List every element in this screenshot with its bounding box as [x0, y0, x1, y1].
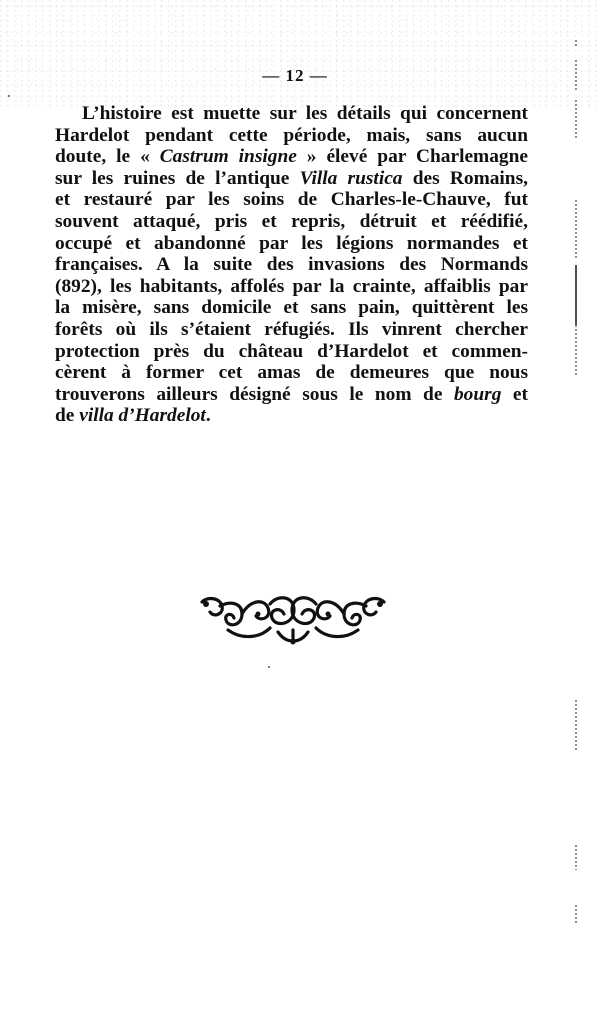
text-segment: protection près du château d’Hardelot et…	[55, 341, 528, 362]
scan-edge-mark	[575, 700, 577, 750]
text-segment: sur les ruines de l’antique	[55, 168, 300, 189]
scan-noise-top	[0, 0, 600, 110]
scan-edge-mark	[575, 100, 577, 140]
text-line: protection près du château d’Hardelot et…	[55, 341, 528, 363]
text-segment: occupé et abandonné par les légions norm…	[55, 233, 528, 254]
text-line: doute, le « Castrum insigne » élevé par …	[55, 146, 528, 168]
paragraph: L’histoire est muette sur les détails qu…	[55, 103, 528, 427]
scan-edge-mark	[575, 40, 577, 48]
text-line: sur les ruines de l’antique Villa rustic…	[55, 168, 528, 190]
italic-phrase: bourg	[454, 384, 501, 405]
text-segment: trouverons ailleurs désigné sous le nom …	[55, 384, 454, 405]
text-line: forêts où ils s’étaient réfugiés. Ils vi…	[55, 319, 528, 341]
text-line: françaises. A la suite des invasions des…	[55, 254, 528, 276]
scan-edge-mark	[575, 200, 577, 260]
text-line: trouverons ailleurs désigné sous le nom …	[55, 384, 528, 406]
text-line: souvent attaqué, pris et repris, détruit…	[55, 211, 528, 233]
scan-edge-mark	[575, 265, 577, 325]
text-segment: forêts où ils s’étaient réfugiés. Ils vi…	[55, 319, 528, 340]
text-line: cèrent à former cet amas de demeures que…	[55, 362, 528, 384]
text-segment: cèrent à former cet amas de demeures que…	[55, 362, 528, 383]
text-segment: et restauré par les soins de Charles-le-…	[55, 189, 528, 210]
text-segment: Hardelot pendant cette période, mais, sa…	[55, 125, 528, 146]
scan-edge-mark	[575, 845, 577, 870]
italic-phrase: Villa rustica	[300, 168, 403, 189]
text-segment: doute, le «	[55, 146, 160, 167]
text-line: Hardelot pendant cette période, mais, sa…	[55, 125, 528, 147]
text-segment: L’histoire est muette sur les détails qu…	[82, 103, 528, 124]
text-segment: françaises. A la suite des invasions des…	[55, 254, 528, 275]
text-line: occupé et abandonné par les légions norm…	[55, 233, 528, 255]
text-segment: la misère, sans domicile et sans pain, q…	[55, 297, 528, 318]
text-segment: souvent attaqué, pris et repris, détruit…	[55, 211, 528, 232]
text-line: de villa d’Hardelot.	[55, 405, 528, 427]
text-line: la misère, sans domicile et sans pain, q…	[55, 297, 528, 319]
text-segment: .	[206, 405, 211, 426]
text-segment: (892), les habitants, affolés par la cra…	[55, 276, 528, 297]
italic-phrase: villa d’Hardelot	[79, 405, 206, 426]
text-segment: des Romains,	[403, 168, 528, 189]
page-number: — 12 —	[0, 66, 590, 86]
text-line: et restauré par les soins de Charles-le-…	[55, 189, 528, 211]
ornament-icon	[198, 592, 388, 647]
text-line: (892), les habitants, affolés par la cra…	[55, 276, 528, 298]
scan-edge-mark	[575, 60, 577, 90]
text-segment: » élevé par Charlemagne	[297, 146, 528, 167]
scan-edge-mark	[575, 325, 577, 375]
text-segment: de	[55, 405, 79, 426]
scan-speck	[268, 666, 270, 668]
scan-speck	[8, 95, 10, 97]
scan-edge-mark	[575, 905, 577, 925]
text-line: L’histoire est muette sur les détails qu…	[55, 103, 528, 125]
text-segment: et	[501, 384, 528, 405]
italic-phrase: Castrum insigne	[160, 146, 297, 167]
